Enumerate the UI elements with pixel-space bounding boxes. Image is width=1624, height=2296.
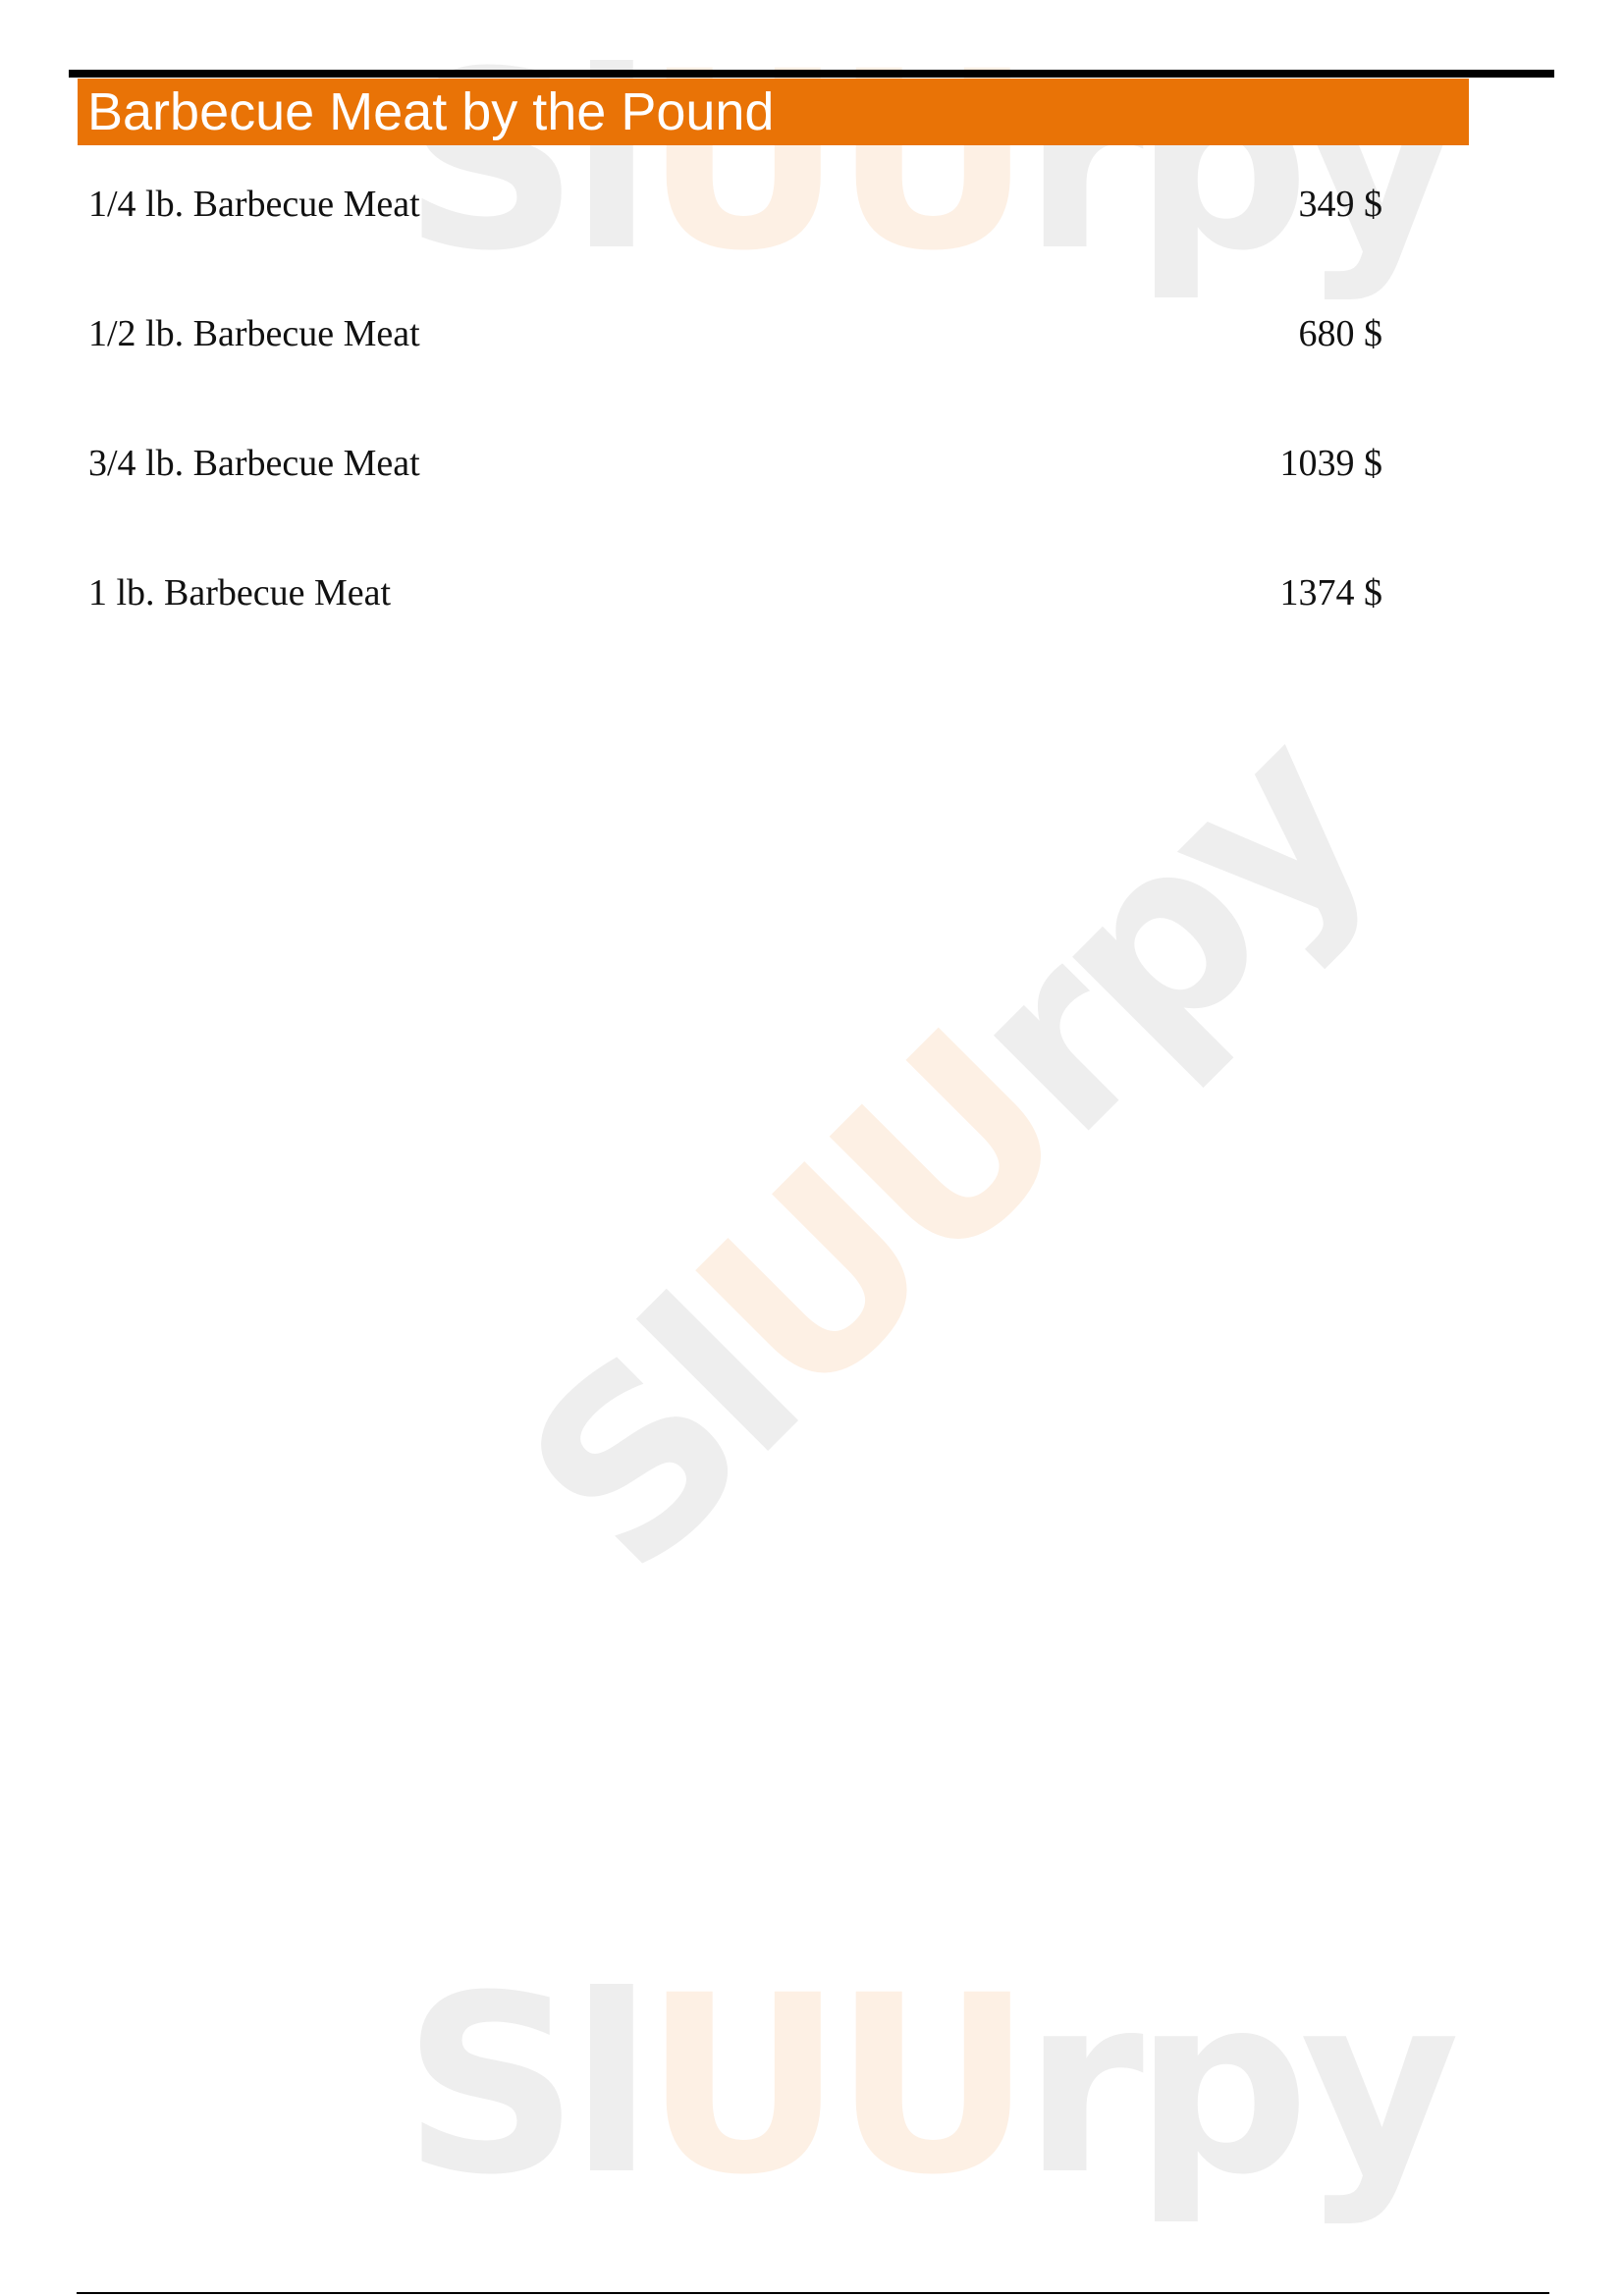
item-price: 1374 $ [1280,571,1383,614]
watermark-text: UU [644,19,1023,304]
item-name: 3/4 lb. Barbecue Meat [88,442,420,485]
section-header: Barbecue Meat by the Pound [78,79,1469,145]
item-name: 1/2 lb. Barbecue Meat [88,312,420,355]
top-divider [69,70,1554,78]
menu-item: 1/2 lb. Barbecue Meat 680 $ [0,312,1624,361]
menu-item: 3/4 lb. Barbecue Meat 1039 $ [0,442,1624,491]
watermark-text: Sl [474,1252,847,1625]
item-price: 1039 $ [1280,442,1383,485]
section-title: Barbecue Meat by the Pound [87,82,774,141]
item-name: 1 lb. Barbecue Meat [88,571,391,614]
watermark-text: Sl [403,1943,644,2228]
watermark-text: UU [644,1943,1023,2228]
item-price: 680 $ [1299,312,1383,355]
watermark-text: rpy [913,682,1418,1187]
item-price: 349 $ [1299,183,1383,226]
watermark-logo-center: SlUUrpy [489,696,1403,1610]
watermark-text: rpy [1023,19,1450,304]
menu-item: 1 lb. Barbecue Meat 1374 $ [0,571,1624,620]
watermark-text: Sl [403,19,644,304]
bottom-divider [77,2292,1549,2294]
watermark-text: UU [645,984,1115,1454]
watermark-text: rpy [1023,1943,1450,2228]
watermark-logo-bottom: SlUUrpy [403,1963,1450,2209]
menu-item: 1/4 lb. Barbecue Meat 349 $ [0,183,1624,232]
item-name: 1/4 lb. Barbecue Meat [88,183,420,226]
